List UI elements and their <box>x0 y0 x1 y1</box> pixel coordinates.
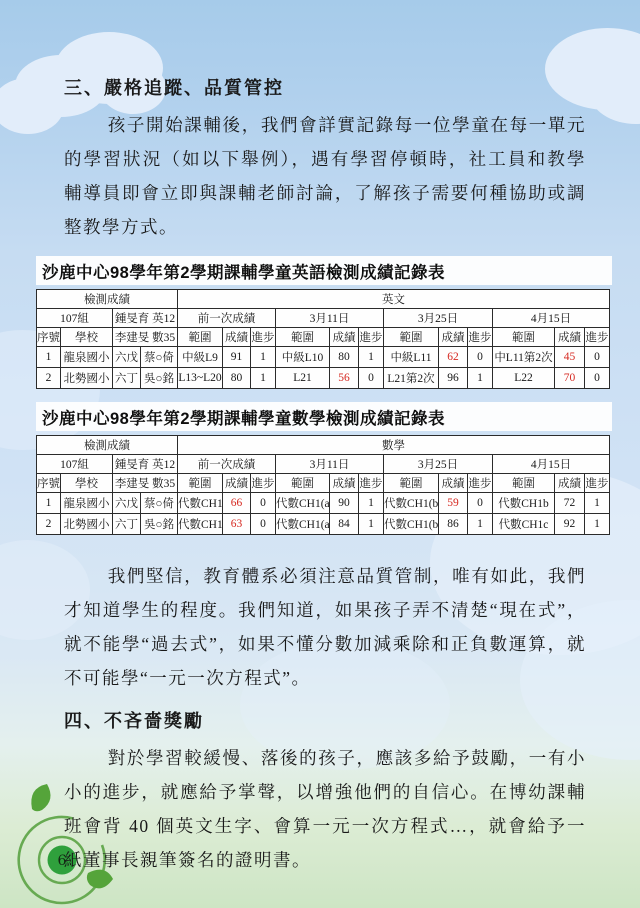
table-cell: 代數CH1c <box>493 514 555 535</box>
table-cell-progress-header: 進步 <box>251 328 276 347</box>
table-cell-progress-header: 進步 <box>359 474 384 493</box>
document-page: 6 三、嚴格追蹤、品質管控 孩子開始課輔後，我們會詳實記錄每一位學童在每一單元的… <box>0 0 640 908</box>
table-cell-date: 4月15日 <box>493 455 610 474</box>
table-cell-score-header: 成績 <box>555 328 585 347</box>
english-table-title: 沙鹿中心98學年第2學期課輔學童英語檢測成績記錄表 <box>36 256 612 285</box>
table-cell: 86 <box>439 514 468 535</box>
table-cell: 0 <box>251 493 276 514</box>
table-cell: 63 <box>223 514 251 535</box>
table-cell-teacher: 鍾旻育 英12 <box>113 309 178 328</box>
table-cell: L22 <box>493 368 555 389</box>
math-table-title: 沙鹿中心98學年第2學期課輔學童數學檢測成績記錄表 <box>36 402 612 431</box>
table-cell: 66 <box>223 493 251 514</box>
table-cell-score-header: 成績 <box>330 328 359 347</box>
table-cell: 0 <box>251 514 276 535</box>
table-cell: 代數CH1(a) <box>276 514 330 535</box>
table-cell-corner: 檢測成績 <box>37 436 178 455</box>
table-cell: 六丁 <box>113 514 141 535</box>
table-cell-score-header: 成績 <box>223 328 251 347</box>
english-score-table: 檢測成績 英文 107組 鍾旻育 英12 前一次成績 3月11日 3月25日 4… <box>36 289 610 389</box>
english-score-table-block: 沙鹿中心98學年第2學期課輔學童英語檢測成績記錄表 檢測成績 英文 107組 鍾… <box>36 256 612 389</box>
table-cell-score-header: 成績 <box>439 474 468 493</box>
table-cell: 45 <box>555 347 585 368</box>
table-cell: L13~L20 <box>178 368 223 389</box>
math-score-table: 檢測成績 數學 107組 鍾旻育 英12 前一次成績 3月11日 3月25日 4… <box>36 435 610 535</box>
table-cell: 80 <box>223 368 251 389</box>
table-cell: 中級L9 <box>178 347 223 368</box>
table-cell: 59 <box>439 493 468 514</box>
table-cell-range-header: 範圍 <box>493 474 555 493</box>
table-cell-progress-header: 進步 <box>251 474 276 493</box>
table-cell: 2 <box>37 514 61 535</box>
table-cell-school-header: 學校 <box>61 474 113 493</box>
table-cell-date: 4月15日 <box>493 309 610 328</box>
table-cell-score-header: 成績 <box>439 328 468 347</box>
table-cell: 70 <box>555 368 585 389</box>
paragraph-quality: 我們堅信，教育體系必須注意品質管制，唯有如此，我們才知道學生的程度。我們知道，如… <box>64 559 586 695</box>
table-cell-date: 3月25日 <box>384 455 493 474</box>
table-row: 2 北勢國小 六丁 吳○銘 代數CH1 63 0 代數CH1(a) 84 1 代… <box>37 514 610 535</box>
table-cell-subject: 英文 <box>178 290 610 309</box>
table-cell: 吳○銘 <box>141 368 178 389</box>
table-cell: 92 <box>555 514 585 535</box>
table-cell: 龍泉國小 <box>61 493 113 514</box>
table-cell-range-header: 範圍 <box>384 328 439 347</box>
table-cell-range-header: 範圍 <box>384 474 439 493</box>
table-cell: 六戊 <box>113 493 141 514</box>
table-cell: 北勢國小 <box>61 514 113 535</box>
table-cell: 1 <box>37 493 61 514</box>
table-cell: L21 <box>276 368 330 389</box>
table-cell: 1 <box>468 514 493 535</box>
table-cell: 96 <box>439 368 468 389</box>
table-cell: 0 <box>585 368 610 389</box>
table-cell-range-header: 範圍 <box>276 474 330 493</box>
table-cell-progress-header: 進步 <box>585 474 610 493</box>
table-cell: 北勢國小 <box>61 368 113 389</box>
table-cell-progress-header: 進步 <box>359 328 384 347</box>
table-cell: 2 <box>37 368 61 389</box>
table-cell: 代數CH1 <box>178 514 223 535</box>
table-cell: 1 <box>585 493 610 514</box>
table-cell: 1 <box>251 368 276 389</box>
table-cell: 六戊 <box>113 347 141 368</box>
table-cell-group: 107組 <box>37 455 113 474</box>
table-cell: 六丁 <box>113 368 141 389</box>
table-cell: 0 <box>585 347 610 368</box>
table-cell: 代數CH1 <box>178 493 223 514</box>
table-cell: L21第2次 <box>384 368 439 389</box>
table-cell-corner: 檢測成績 <box>37 290 178 309</box>
table-cell: 91 <box>223 347 251 368</box>
table-row: 2 北勢國小 六丁 吳○銘 L13~L20 80 1 L21 56 0 L21第… <box>37 368 610 389</box>
table-cell-progress-header: 進步 <box>468 474 493 493</box>
table-cell: 中級L11 <box>384 347 439 368</box>
table-cell: 1 <box>359 493 384 514</box>
table-cell-range-header: 範圍 <box>493 328 555 347</box>
table-cell: 72 <box>555 493 585 514</box>
page-content: 三、嚴格追蹤、品質管控 孩子開始課輔後，我們會詳實記錄每一位學童在每一單元的學習… <box>0 0 640 889</box>
table-cell: 1 <box>468 368 493 389</box>
math-score-table-block: 沙鹿中心98學年第2學期課輔學童數學檢測成績記錄表 檢測成績 數學 107組 鍾… <box>36 402 612 535</box>
table-cell: 84 <box>330 514 359 535</box>
table-cell-seq-header: 序號 <box>37 474 61 493</box>
table-cell: 80 <box>330 347 359 368</box>
table-cell: 90 <box>330 493 359 514</box>
table-cell: 56 <box>330 368 359 389</box>
table-cell-range-header: 範圍 <box>178 328 223 347</box>
table-cell-score-header: 成績 <box>555 474 585 493</box>
table-cell: 0 <box>359 368 384 389</box>
table-cell-first-test: 前一次成績 <box>178 455 276 474</box>
table-cell: 1 <box>359 347 384 368</box>
section-heading-3: 三、嚴格追蹤、品質管控 <box>64 74 586 100</box>
table-cell: 中L11第2次 <box>493 347 555 368</box>
table-cell-first-test: 前一次成績 <box>178 309 276 328</box>
table-cell-subject: 數學 <box>178 436 610 455</box>
table-cell-score-header: 成績 <box>330 474 359 493</box>
table-row: 1 龍泉國小 六戊 蔡○倚 中級L9 91 1 中級L10 80 1 中級L11… <box>37 347 610 368</box>
table-cell: 蔡○倚 <box>141 493 178 514</box>
table-cell: 1 <box>585 514 610 535</box>
paragraph-reward: 對於學習較緩慢、落後的孩子，應該多給予鼓勵，一有小小的進步，就應給予掌聲，以增強… <box>64 741 586 877</box>
table-cell: 代數CH1(a) <box>276 493 330 514</box>
table-cell-score-header: 成績 <box>223 474 251 493</box>
table-cell: 1 <box>359 514 384 535</box>
table-row: 1 龍泉國小 六戊 蔡○倚 代數CH1 66 0 代數CH1(a) 90 1 代… <box>37 493 610 514</box>
table-cell-range-header: 範圍 <box>178 474 223 493</box>
table-cell-date: 3月11日 <box>276 455 384 474</box>
table-cell: 0 <box>468 347 493 368</box>
table-cell-date: 3月11日 <box>276 309 384 328</box>
table-cell: 代數CH1(b) <box>384 493 439 514</box>
table-cell: 62 <box>439 347 468 368</box>
table-cell-progress-header: 進步 <box>585 328 610 347</box>
table-cell: 1 <box>251 347 276 368</box>
table-cell-school-header: 學校 <box>61 328 113 347</box>
table-cell: 代數CH1(b) <box>384 514 439 535</box>
table-cell: 1 <box>37 347 61 368</box>
section-heading-4: 四、不吝嗇獎勵 <box>64 707 586 733</box>
table-cell: 0 <box>468 493 493 514</box>
table-cell: 代數CH1b <box>493 493 555 514</box>
table-cell: 中級L10 <box>276 347 330 368</box>
table-cell-teacher: 鍾旻育 英12 <box>113 455 178 474</box>
table-cell-teacher: 李建旻 數35 <box>113 328 178 347</box>
table-cell-date: 3月25日 <box>384 309 493 328</box>
table-cell-progress-header: 進步 <box>468 328 493 347</box>
table-cell: 龍泉國小 <box>61 347 113 368</box>
table-cell-range-header: 範圍 <box>276 328 330 347</box>
table-cell-teacher: 李建旻 數35 <box>113 474 178 493</box>
paragraph-tracking: 孩子開始課輔後，我們會詳實記錄每一位學童在每一單元的學習狀況（如以下舉例），遇有… <box>64 108 586 244</box>
table-cell: 吳○銘 <box>141 514 178 535</box>
table-cell-seq-header: 序號 <box>37 328 61 347</box>
table-cell-group: 107組 <box>37 309 113 328</box>
table-cell: 蔡○倚 <box>141 347 178 368</box>
